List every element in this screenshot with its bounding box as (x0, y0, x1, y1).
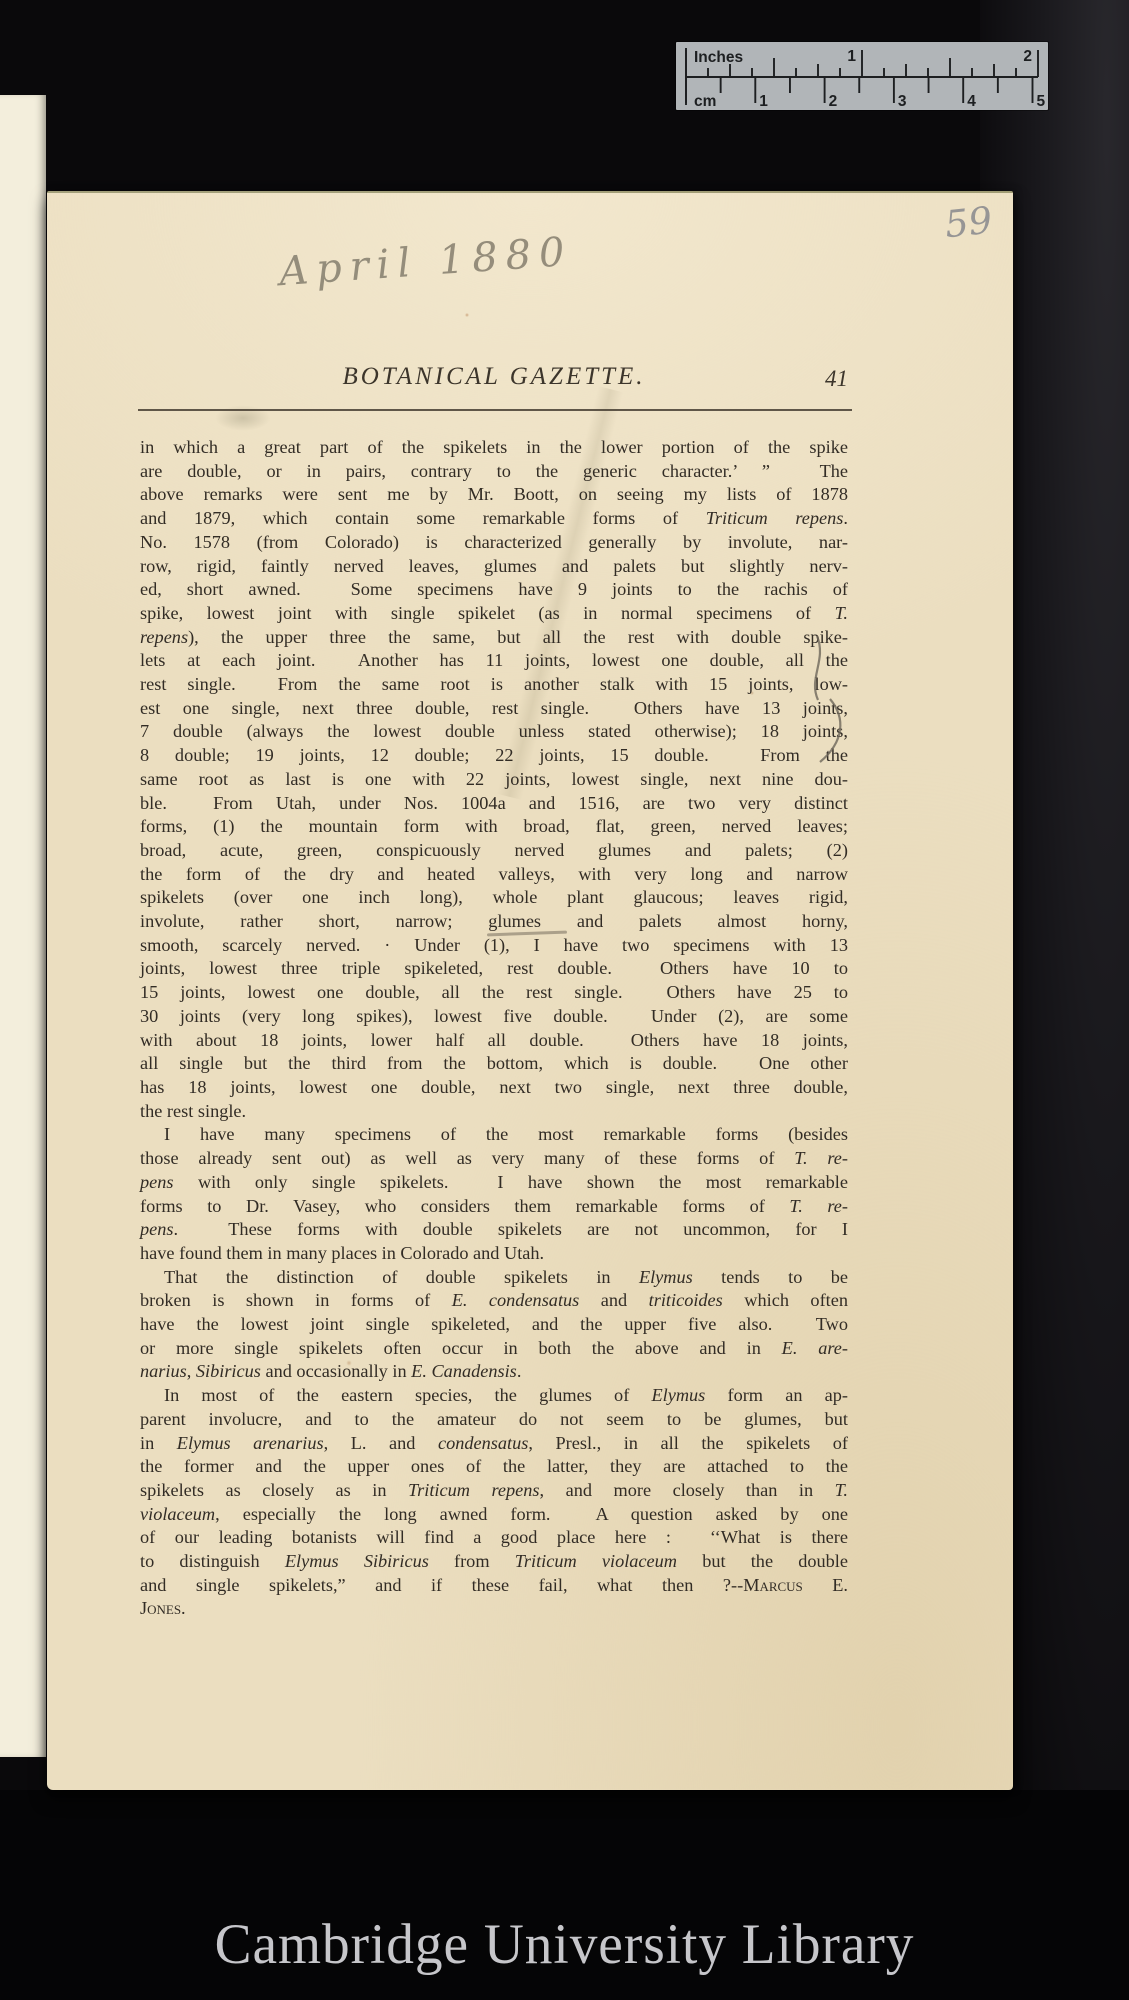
page-number: 41 (825, 366, 848, 392)
text-line: of our leading botanists will find a goo… (140, 1526, 848, 1550)
paragraph: I have many specimens of the most remark… (140, 1123, 848, 1265)
text-line: the former and the upper ones of the lat… (140, 1455, 848, 1479)
text-line: above remarks were sent me by Mr. Boott,… (140, 483, 848, 507)
text-line: and single spikelets,” and if these fail… (140, 1574, 848, 1598)
handwritten-date: April 1880 (278, 229, 574, 295)
ruler-label: cm (694, 93, 716, 110)
text-line: narius, Sibiricus and occasionally in E.… (140, 1360, 848, 1384)
ruler-label: 5 (1037, 93, 1046, 110)
scan-viewport: 1212345Inchescm April 1880 59 BOTANICAL … (0, 0, 1129, 2000)
text-line: and 1879, which contain some remarkable … (140, 507, 848, 531)
ruler-label: 4 (967, 93, 976, 110)
text-line: are double, or in pairs, contrary to the… (140, 460, 848, 484)
text-line: pens with only single spikelets. I have … (140, 1171, 848, 1195)
text-line: to distinguish Elymus Sibiricus from Tri… (140, 1550, 848, 1574)
text-line: 8 double; 19 joints, 12 double; 22 joint… (140, 744, 848, 768)
text-line: That the distinction of double spikelets… (140, 1266, 848, 1290)
text-line: ed, short awned. Some specimens have 9 j… (140, 578, 848, 602)
ruler-label: 2 (829, 93, 838, 110)
text-line: broad, acute, green, conspicuously nerve… (140, 839, 848, 863)
ruler-label: 2 (1023, 48, 1032, 65)
text-line: spikelets (over one inch long), whole pl… (140, 886, 848, 910)
text-line: violaceum, especially the long awned for… (140, 1503, 848, 1527)
text-line: 15 joints, lowest one double, all the re… (140, 981, 848, 1005)
text-line: broken is shown in forms of E. condensat… (140, 1289, 848, 1313)
text-line: with about 18 joints, lower half all dou… (140, 1029, 848, 1053)
pencil-page-mark: 59 (943, 199, 994, 247)
text-line: involute, rather short, narrow; glumes a… (140, 910, 848, 934)
ruler-label: 1 (759, 93, 768, 110)
text-line: 7 double (always the lowest double unles… (140, 720, 848, 744)
text-line: in Elymus arenarius, L. and condensatus,… (140, 1432, 848, 1456)
scanned-page: April 1880 59 BOTANICAL GAZETTE. 41 in w… (47, 191, 1013, 1790)
text-line: the rest single. (140, 1100, 848, 1124)
paragraph: That the distinction of double spikelets… (140, 1266, 848, 1385)
paragraph: in which a great part of the spikelets i… (140, 436, 848, 1123)
text-line: has 18 joints, lowest one double, next t… (140, 1076, 848, 1100)
journal-title: BOTANICAL GAZETTE. (138, 363, 850, 391)
text-line: forms, (1) the mountain form with broad,… (140, 815, 848, 839)
ruler-label: Inches (694, 49, 743, 66)
text-line: row, rigid, faintly nerved leaves, glume… (140, 555, 848, 579)
text-line: est one single, next three double, rest … (140, 697, 848, 721)
text-line: rest single. From the same root is anoth… (140, 673, 848, 697)
text-line: have found them in many places in Colora… (140, 1242, 848, 1266)
text-line: 30 joints (very long spikes), lowest fiv… (140, 1005, 848, 1029)
library-watermark: Cambridge University Library (17, 1912, 1112, 1977)
text-line: spikelets as closely as in Triticum repe… (140, 1479, 848, 1503)
ruler-label: 1 (847, 48, 856, 65)
text-line: ble. From Utah, under Nos. 1004a and 151… (140, 792, 848, 816)
text-line: parent involucre, and to the amateur do … (140, 1408, 848, 1432)
paragraph: In most of the eastern species, the glum… (140, 1384, 848, 1621)
text-line: the form of the dry and heated valleys, … (140, 863, 848, 887)
text-line: spike, lowest joint with single spikelet… (140, 602, 848, 626)
text-line: repens), the upper three the same, but a… (140, 626, 848, 650)
text-line: Jones. (140, 1597, 848, 1621)
text-line: all single but the third from the bottom… (140, 1052, 848, 1076)
text-line: or more single spikelets often occur in … (140, 1337, 848, 1361)
text-line: In most of the eastern species, the glum… (140, 1384, 848, 1408)
ruler-label: 3 (898, 93, 907, 110)
text-line: in which a great part of the spikelets i… (140, 436, 848, 460)
text-line: those already sent out) as well as very … (140, 1147, 848, 1171)
journal-header: BOTANICAL GAZETTE. 41 (138, 363, 850, 395)
ruler: 1212345Inchescm (676, 42, 1048, 110)
mat-board-edge (0, 95, 46, 1757)
margin-pencil-mark (799, 633, 851, 765)
text-line: pens. These forms with double spikelets … (140, 1218, 848, 1242)
text-line: smooth, scarcely nerved. · Under (1), I … (140, 934, 848, 958)
text-line: lets at each joint. Another has 11 joint… (140, 649, 848, 673)
text-line: No. 1578 (from Colorado) is characterize… (140, 531, 848, 555)
text-line: forms to Dr. Vasey, who considers them r… (140, 1195, 848, 1219)
body-text: in which a great part of the spikelets i… (140, 436, 848, 1621)
text-line: joints, lowest three triple spikeleted, … (140, 957, 848, 981)
text-line: I have many specimens of the most remark… (140, 1123, 848, 1147)
text-line: same root as last is one with 22 joints,… (140, 768, 848, 792)
text-line: have the lowest joint single spikeleted,… (140, 1313, 848, 1337)
header-rule (138, 409, 852, 411)
